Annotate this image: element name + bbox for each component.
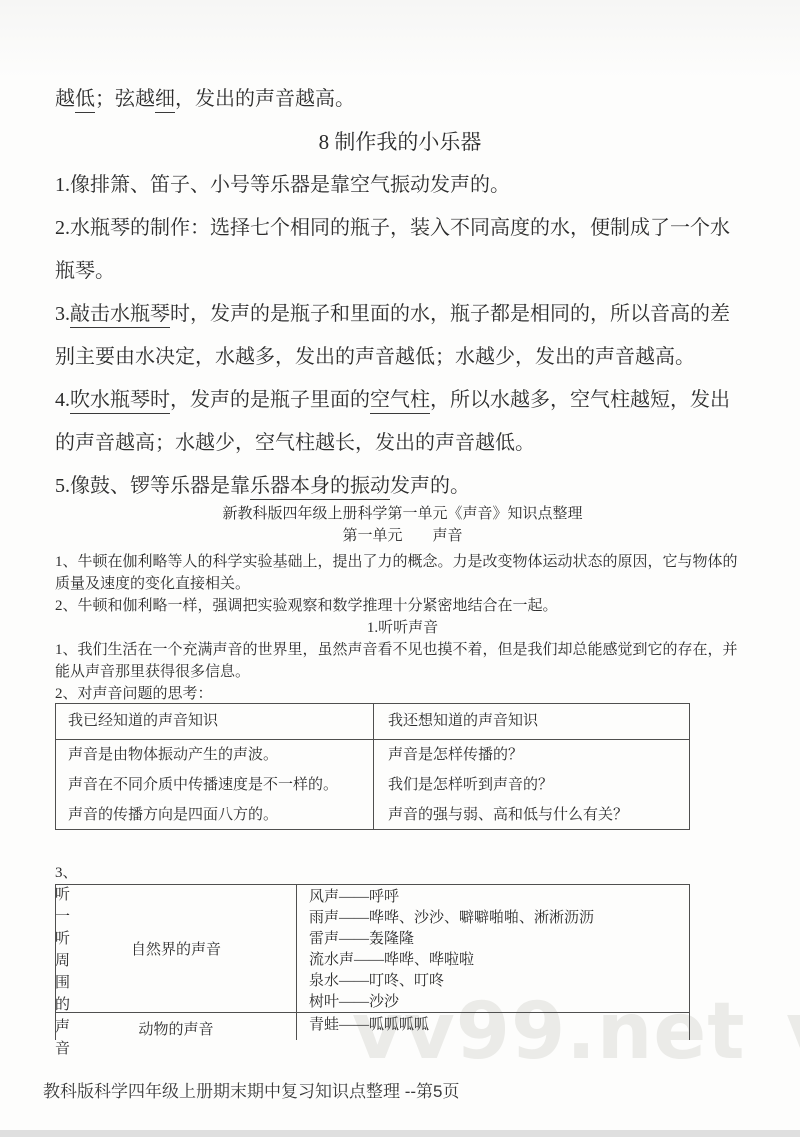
lesson-1-point: 1、我们生活在一个充满声音的世界里，虽然声音看不见也摸不着，但是我们却总能感觉到… bbox=[55, 639, 750, 683]
document-page: vv99.net vv99.net 越低；弦越细，发出的声音越高。 8 制作我的… bbox=[0, 0, 800, 1137]
unit-intro-points: 1、牛顿在伽利略等人的科学实验基础上，提出了力的概念。力是改变物体运动状态的原因… bbox=[55, 551, 750, 617]
text-segment: 吹水瓶琴时 bbox=[70, 389, 170, 414]
sound-item: 青蛙——呱呱呱呱 bbox=[309, 1015, 689, 1036]
text-segment: 发声的。 bbox=[390, 475, 470, 497]
knowledge-table-body-row: 声音是由物体振动产生的声波。声音在不同介质中传播速度是不一样的。声音的传播方向是… bbox=[56, 740, 689, 829]
text-segment: 细 bbox=[155, 88, 175, 113]
numbered-point: 2.水瓶琴的制作：选择七个相同的瓶子，装入不同高度的水，便制成了一个水瓶琴。 bbox=[55, 207, 745, 293]
text-segment: 3. bbox=[55, 303, 70, 325]
sounds-table-row: 动物的声音 青蛙——呱呱呱呱 bbox=[56, 1012, 689, 1040]
lesson-1-point: 2、对声音问题的思考： bbox=[55, 683, 750, 705]
known-item: 声音的传播方向是四面八方的。 bbox=[68, 800, 373, 830]
text-segment: ，发出的声音越高。 bbox=[175, 88, 355, 110]
unit-1-section: 新教科版四年级上册科学第一单元《声音》知识点整理 第一单元 声音 1、牛顿在伽利… bbox=[55, 503, 750, 705]
sounds-table: 自然界的声音 风声——呼呼雨声——哗哗、沙沙、噼噼啪啪、淅淅沥沥雷声——轰隆隆流… bbox=[55, 884, 690, 1040]
sounds-table-row: 自然界的声音 风声——呼呼雨声——哗哗、沙沙、噼噼啪啪、淅淅沥沥雷声——轰隆隆流… bbox=[56, 885, 689, 1012]
known-item: 声音在不同介质中传播速度是不一样的。 bbox=[68, 770, 373, 800]
known-knowledge-cell: 声音是由物体振动产生的声波。声音在不同介质中传播速度是不一样的。声音的传播方向是… bbox=[56, 740, 374, 829]
page-footer: 教科版科学四年级上册期末期中复习知识点整理 --第5页 bbox=[43, 1079, 460, 1105]
text-segment: 1.像排箫、笛子、小号等乐器是靠空气振动发声的。 bbox=[55, 174, 510, 196]
sound-category: 自然界的声音 bbox=[56, 885, 297, 1012]
question-item: 声音是怎样传播的？ bbox=[388, 740, 689, 770]
numbered-point: 4.吹水瓶琴时，发声的是瓶子里面的空气柱，所以水越多，空气柱越短，发出的声音越高… bbox=[55, 379, 745, 465]
sound-item: 树叶——沙沙 bbox=[309, 992, 689, 1013]
knowledge-table-header-known: 我已经知道的声音知识 bbox=[56, 704, 374, 739]
sound-item: 雨声——哗哗、沙沙、噼噼啪啪、淅淅沥沥 bbox=[309, 908, 689, 929]
unit-intro-point: 2、牛顿和伽利略一样，强调把实验观察和数学推理十分紧密地结合在一起。 bbox=[55, 595, 750, 617]
sound-item: 泉水——叮咚、叮咚 bbox=[309, 971, 689, 992]
known-item: 声音是由物体振动产生的声波。 bbox=[68, 740, 373, 770]
lesson-1-points: 1、我们生活在一个充满声音的世界里，虽然声音看不见也摸不着，但是我们却总能感觉到… bbox=[55, 639, 750, 705]
text-segment: 乐器本身的振动 bbox=[250, 475, 390, 500]
numbered-point: 5.像鼓、锣等乐器是靠乐器本身的振动发声的。 bbox=[55, 465, 745, 508]
sound-category: 动物的声音 bbox=[56, 1013, 297, 1040]
unit-intro-point: 1、牛顿在伽利略等人的科学实验基础上，提出了力的概念。力是改变物体运动状态的原因… bbox=[55, 551, 750, 595]
text-segment: 低 bbox=[75, 88, 95, 113]
text-segment: 越 bbox=[55, 88, 75, 110]
numbered-point: 3.敲击水瓶琴时，发声的是瓶子和里面的水，瓶子都是相同的，所以音高的差别主要由水… bbox=[55, 293, 745, 379]
lesson-8-heading: 8 制作我的小乐器 bbox=[55, 121, 745, 164]
knowledge-table: 我已经知道的声音知识 我还想知道的声音知识 声音是由物体振动产生的声波。声音在不… bbox=[55, 703, 690, 830]
question-item: 声音的强与弱、高和低与什么有关？ bbox=[388, 800, 689, 830]
text-segment: ；弦越 bbox=[95, 88, 155, 110]
text-segment: ，发声的是瓶子里面的 bbox=[170, 389, 370, 411]
lesson-8-points: 1.像排箫、笛子、小号等乐器是靠空气振动发声的。 2.水瓶琴的制作：选择七个相同… bbox=[55, 164, 745, 508]
unit-title: 新教科版四年级上册科学第一单元《声音》知识点整理 bbox=[55, 503, 750, 525]
text-segment: 4. bbox=[55, 389, 70, 411]
sound-item: 风声——呼呼 bbox=[309, 887, 689, 908]
unit-subtitle: 第一单元 声音 bbox=[55, 525, 750, 547]
questions-cell: 声音是怎样传播的？我们是怎样听到声音的？声音的强与弱、高和低与什么有关？ bbox=[374, 740, 689, 829]
lesson-8-section: 越低；弦越细，发出的声音越高。 8 制作我的小乐器 1.像排箫、笛子、小号等乐器… bbox=[55, 78, 745, 508]
text-segment: 5.像鼓、锣等乐器是靠 bbox=[55, 475, 250, 497]
text-segment: 敲击水瓶琴 bbox=[70, 303, 170, 328]
continued-line: 越低；弦越细，发出的声音越高。 bbox=[55, 78, 745, 121]
watermark-fragment: vv99.net bbox=[786, 993, 800, 1071]
text-segment: 2.水瓶琴的制作：选择七个相同的瓶子，装入不同高度的水，便制成了一个水瓶琴。 bbox=[55, 217, 730, 282]
knowledge-table-header-row: 我已经知道的声音知识 我还想知道的声音知识 bbox=[56, 704, 689, 740]
question-item: 我们是怎样听到声音的？ bbox=[388, 770, 689, 800]
sound-item: 雷声——轰隆隆 bbox=[309, 929, 689, 950]
sound-list-cell: 青蛙——呱呱呱呱 bbox=[297, 1013, 689, 1040]
bottom-strip bbox=[0, 1130, 800, 1137]
sound-item: 流水声——哗哗、哗啦啦 bbox=[309, 950, 689, 971]
numbered-point: 1.像排箫、笛子、小号等乐器是靠空气振动发声的。 bbox=[55, 164, 745, 207]
lesson-1-heading: 1.听听声音 bbox=[55, 617, 750, 639]
knowledge-table-header-questions: 我还想知道的声音知识 bbox=[374, 704, 689, 739]
sound-list-cell: 风声——呼呼雨声——哗哗、沙沙、噼噼啪啪、淅淅沥沥雷声——轰隆隆流水声——哗哗、… bbox=[297, 885, 689, 1012]
text-segment: 空气柱 bbox=[370, 389, 430, 414]
